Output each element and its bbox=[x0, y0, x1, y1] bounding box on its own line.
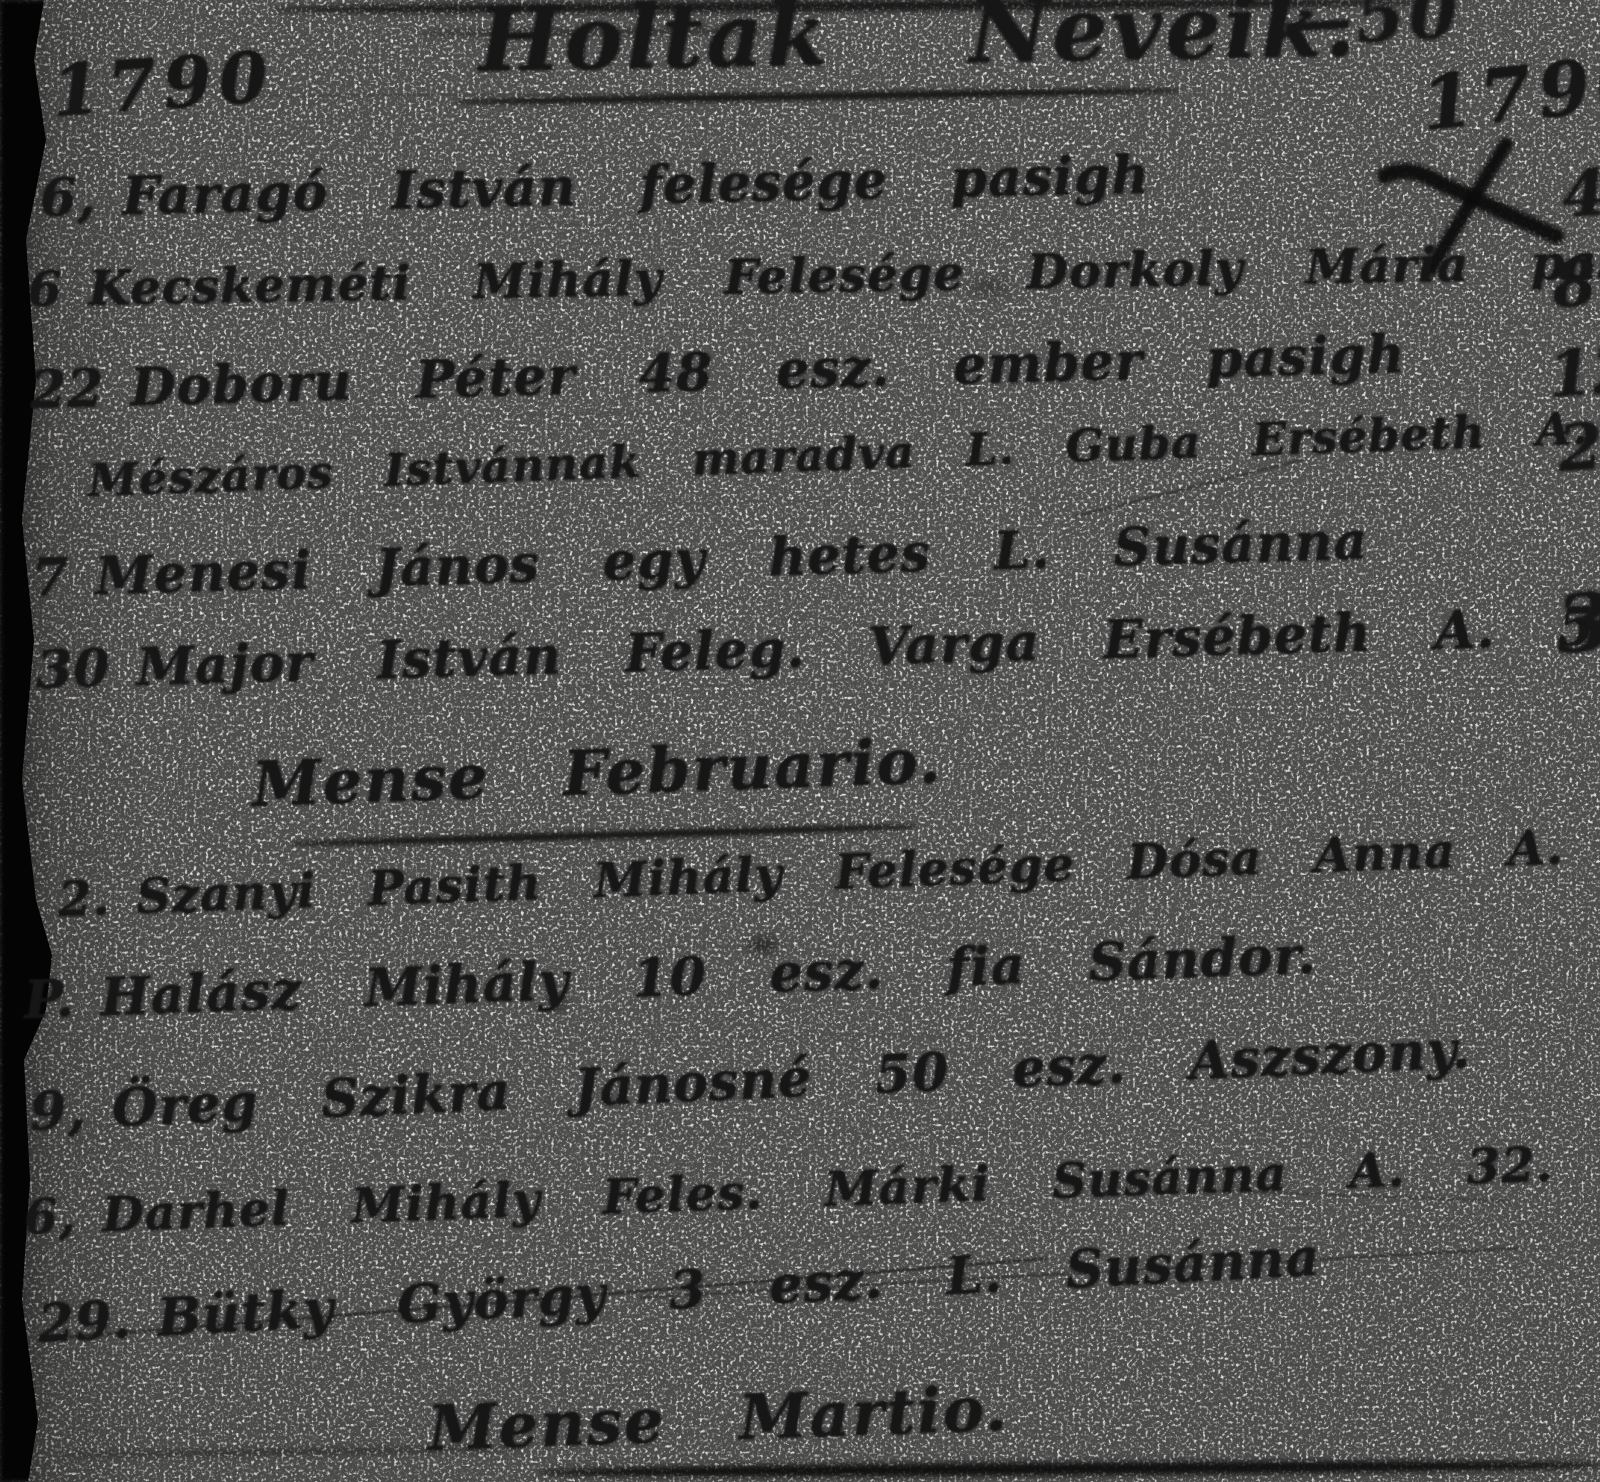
right-margin-number: 8 bbox=[1549, 245, 1599, 323]
right-margin-number: 3 bbox=[1553, 574, 1600, 672]
entry-number: P. bbox=[23, 968, 76, 1031]
entry-text: Darhel Mihály Feles. Márki Susánna A. 32… bbox=[101, 1137, 1554, 1244]
entry-number: 7 bbox=[31, 547, 70, 609]
entry-number: 6, bbox=[39, 167, 97, 229]
month-heading-february: Mense Februario. bbox=[251, 724, 944, 821]
entry-number: 6 bbox=[28, 261, 63, 318]
right-margin-number: 2 bbox=[1555, 409, 1600, 487]
entry-text: Halász Mihály 10 esz. fia Sándor. bbox=[99, 925, 1317, 1028]
entry-number: 29. bbox=[36, 1289, 133, 1355]
register-entry: 9,Öreg Szikra Jánosné 50 esz. Aszszony. bbox=[29, 1019, 1472, 1143]
register-entry: 30Major István Feleg. Varga Ersébeth A. … bbox=[35, 595, 1600, 701]
manuscript-page: 1790 Holtak Neveik. —50 1790 6,Faragó Is… bbox=[0, 0, 1600, 1482]
bottom-edge-streak bbox=[540, 1459, 1600, 1479]
register-entry: 29.Bütky György 3 esz. L. Susánna bbox=[36, 1227, 1321, 1355]
entry-number: 9, bbox=[29, 1080, 88, 1143]
entry-text: Szanyi Pasith Mihály Felesége Dósa Anna … bbox=[135, 815, 1600, 926]
entry-text: Faragó István felesége pasigh bbox=[122, 145, 1151, 228]
entry-number: 2. bbox=[57, 870, 111, 928]
page-number: —50 bbox=[1280, 0, 1464, 63]
ruled-line bbox=[950, 758, 1600, 766]
entry-text: Kecskeméti Mihály Felesége Dorkoly Mária… bbox=[88, 233, 1600, 317]
right-margin-number: 4 bbox=[1559, 155, 1600, 233]
entry-text: Doboru Péter 48 esz. ember pasigh bbox=[130, 324, 1407, 418]
register-entry: 6,Darhel Mihály Feles. Márki Susánna A. … bbox=[23, 1137, 1554, 1246]
entry-text: Menesi János egy hetes L. Susánna bbox=[94, 511, 1369, 608]
ruled-line bbox=[620, 589, 1600, 600]
ruled-line bbox=[520, 322, 1600, 332]
entry-text: Öreg Szikra Jánosné 50 esz. Aszszony. bbox=[111, 1019, 1472, 1139]
register-entry: 6Kecskeméti Mihály Felesége Dorkoly Mári… bbox=[28, 233, 1600, 318]
entry-text: Major István Feleg. Varga Ersébeth A. 50… bbox=[135, 595, 1600, 698]
register-entry: P.Halász Mihály 10 esz. fia Sándor. bbox=[23, 925, 1317, 1031]
month-heading-march: Mense Martio. bbox=[427, 1372, 1010, 1465]
february-heading-underline bbox=[292, 823, 917, 848]
right-margin-number: 12 bbox=[1545, 332, 1600, 413]
entry-number: 30 bbox=[35, 638, 111, 701]
register-entry: 6,Faragó István felesége pasigh bbox=[39, 145, 1150, 229]
page-year-left: 1790 bbox=[49, 35, 277, 133]
entry-number: 6, bbox=[23, 1188, 77, 1246]
register-entry: 7Menesi János egy hetes L. Susánna bbox=[31, 511, 1369, 609]
page-title: Holtak Neveik. bbox=[477, 0, 1359, 92]
entry-text: Bütky György 3 esz. L. Susánna bbox=[156, 1227, 1322, 1349]
register-entry: 22Doboru Péter 48 esz. ember pasigh bbox=[29, 324, 1406, 421]
entry-number: 22 bbox=[29, 358, 105, 421]
